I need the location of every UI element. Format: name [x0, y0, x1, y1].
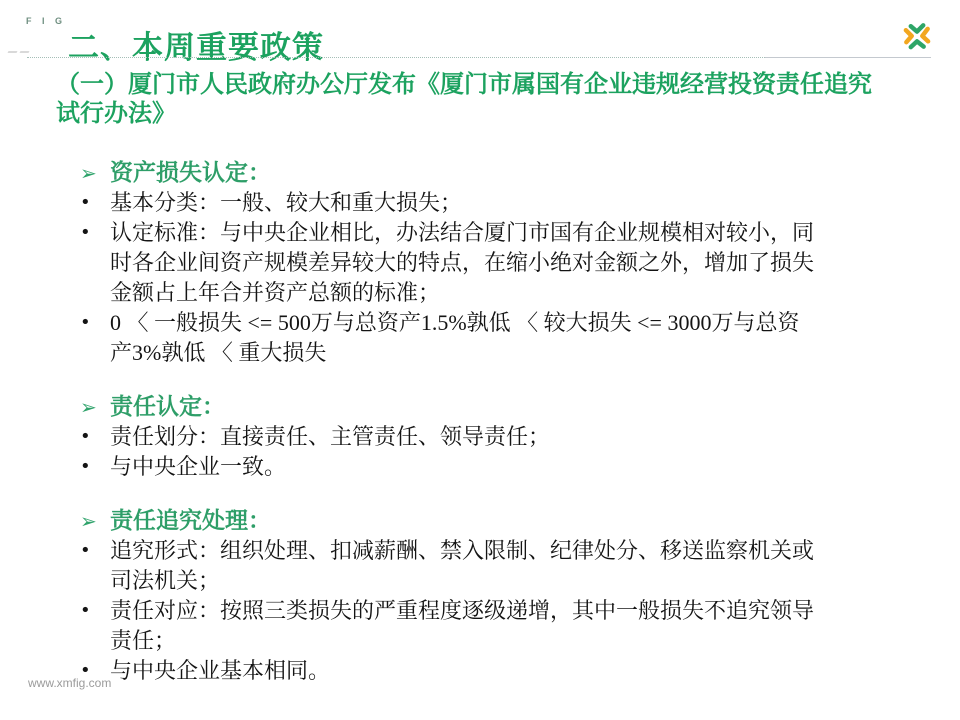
bullet-item: • 责任对应：按照三类损失的严重程度逐级递增，其中一般损失不追究领导 责任；	[80, 596, 900, 656]
bullet-icon: •	[80, 596, 110, 626]
bullet-text: 与中央企业一致。	[110, 452, 286, 482]
divider-solid-segment	[765, 57, 931, 58]
bullet-text: 追究形式：组织处理、扣减薪酬、禁入限制、纪律处分、移送监察机关或 司法机关；	[110, 536, 814, 596]
bullet-icon: •	[80, 188, 110, 218]
tick-dash	[8, 51, 18, 53]
section-asset-loss: ➢ 资产损失认定： • 基本分类：一般、较大和重大损失； • 认定标准：与中央企…	[80, 158, 900, 368]
bullet-item: • 责任划分：直接责任、主管责任、领导责任；	[80, 422, 900, 452]
bullet-text: 认定标准：与中央企业相比，办法结合厦门市国有企业规模相对较小，同 时各企业间资产…	[110, 218, 814, 308]
brand-mark: F I G	[26, 16, 66, 26]
title-divider	[27, 57, 931, 58]
section-accountability: ➢ 责任追究处理： • 追究形式：组织处理、扣减薪酬、禁入限制、纪律处分、移送监…	[80, 506, 900, 686]
section-heading-row: ➢ 责任追究处理：	[80, 506, 900, 536]
bullet-text: 0 〈 一般损失 <= 500万与总资产1.5%孰低 〈 较大损失 <= 300…	[110, 308, 799, 368]
section-heading: 责任认定：	[110, 392, 225, 422]
presentation-slide: F I G 二、本周重要政策 （一）厦门市人民政府办公厅发布《厦门市属国有企业违…	[0, 0, 960, 720]
bullet-icon: •	[80, 308, 110, 338]
arrow-marker-icon: ➢	[80, 392, 110, 422]
arrow-marker-icon: ➢	[80, 158, 110, 188]
bullet-icon: •	[80, 452, 110, 482]
bullet-text: 与中央企业基本相同。	[110, 656, 330, 686]
bullet-item: • 与中央企业基本相同。	[80, 656, 900, 686]
section-heading: 资产损失认定：	[110, 158, 271, 188]
arrow-marker-icon: ➢	[80, 506, 110, 536]
bullet-icon: •	[80, 218, 110, 248]
footer-url: www.xmfig.com	[28, 676, 111, 690]
section-heading: 责任追究处理：	[110, 506, 271, 536]
section-heading-row: ➢ 责任认定：	[80, 392, 900, 422]
tick-dash	[20, 51, 30, 53]
slide-subtitle: （一）厦门市人民政府办公厅发布《厦门市属国有企业违规经营投资责任追究 试行办法》	[56, 70, 916, 128]
section-heading-row: ➢ 资产损失认定：	[80, 158, 900, 188]
bullet-item: • 0 〈 一般损失 <= 500万与总资产1.5%孰低 〈 较大损失 <= 3…	[80, 308, 900, 368]
bullet-item: • 追究形式：组织处理、扣减薪酬、禁入限制、纪律处分、移送监察机关或 司法机关；	[80, 536, 900, 596]
bullet-item: • 基本分类：一般、较大和重大损失；	[80, 188, 900, 218]
bullet-text: 责任划分：直接责任、主管责任、领导责任；	[110, 422, 550, 452]
bullet-icon: •	[80, 422, 110, 452]
bullet-text: 责任对应：按照三类损失的严重程度逐级递增，其中一般损失不追究领导 责任；	[110, 596, 814, 656]
section-liability: ➢ 责任认定： • 责任划分：直接责任、主管责任、领导责任； • 与中央企业一致…	[80, 392, 900, 482]
bullet-item: • 认定标准：与中央企业相比，办法结合厦门市国有企业规模相对较小，同 时各企业间…	[80, 218, 900, 308]
bullet-item: • 与中央企业一致。	[80, 452, 900, 482]
divider-dotted-segment	[27, 57, 765, 58]
bullet-icon: •	[80, 536, 110, 566]
page-title: 二、本周重要政策	[68, 22, 324, 67]
slide-body: ➢ 资产损失认定： • 基本分类：一般、较大和重大损失； • 认定标准：与中央企…	[80, 158, 900, 686]
decorative-tick-marks	[8, 40, 34, 46]
bullet-text: 基本分类：一般、较大和重大损失；	[110, 188, 462, 218]
company-pinwheel-logo-icon	[901, 20, 933, 52]
